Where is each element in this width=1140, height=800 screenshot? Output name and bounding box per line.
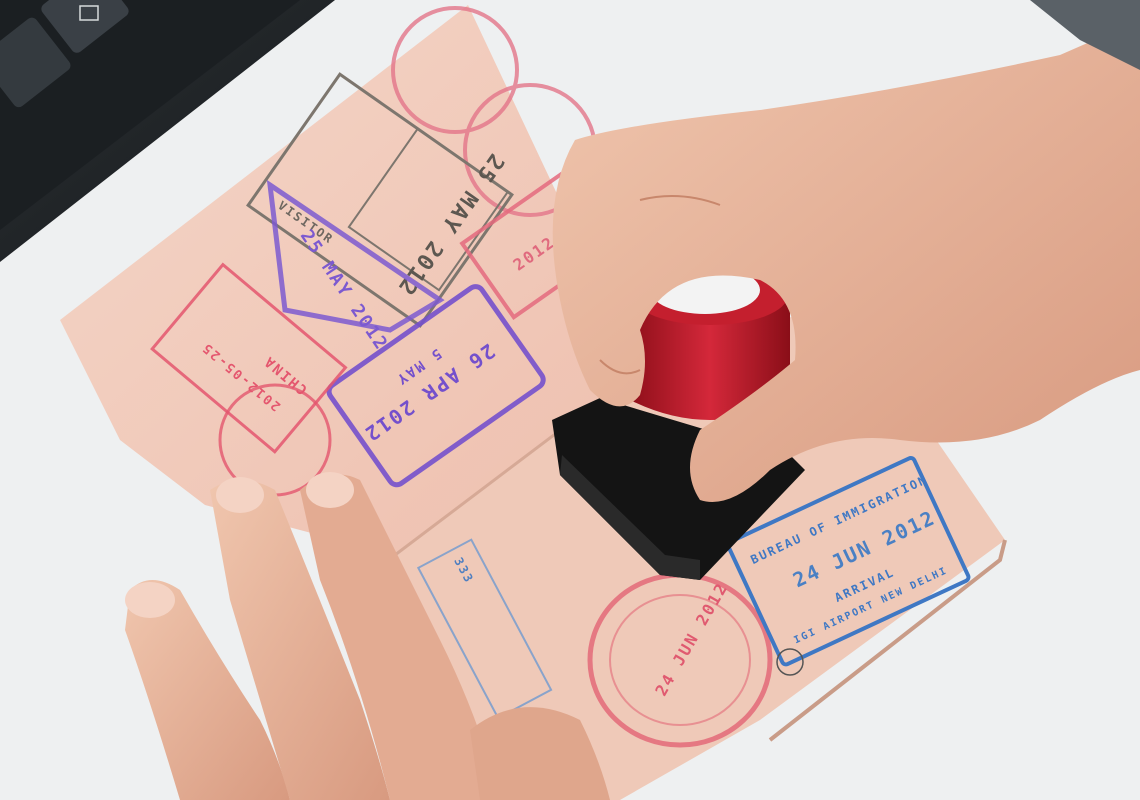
fingernail [216,477,264,513]
fingernail [306,472,354,508]
fingernail [125,582,175,618]
photo-scene: 25 MAY 2012 VISITOR 2012 25 MAY 2012 26 … [0,0,1140,800]
